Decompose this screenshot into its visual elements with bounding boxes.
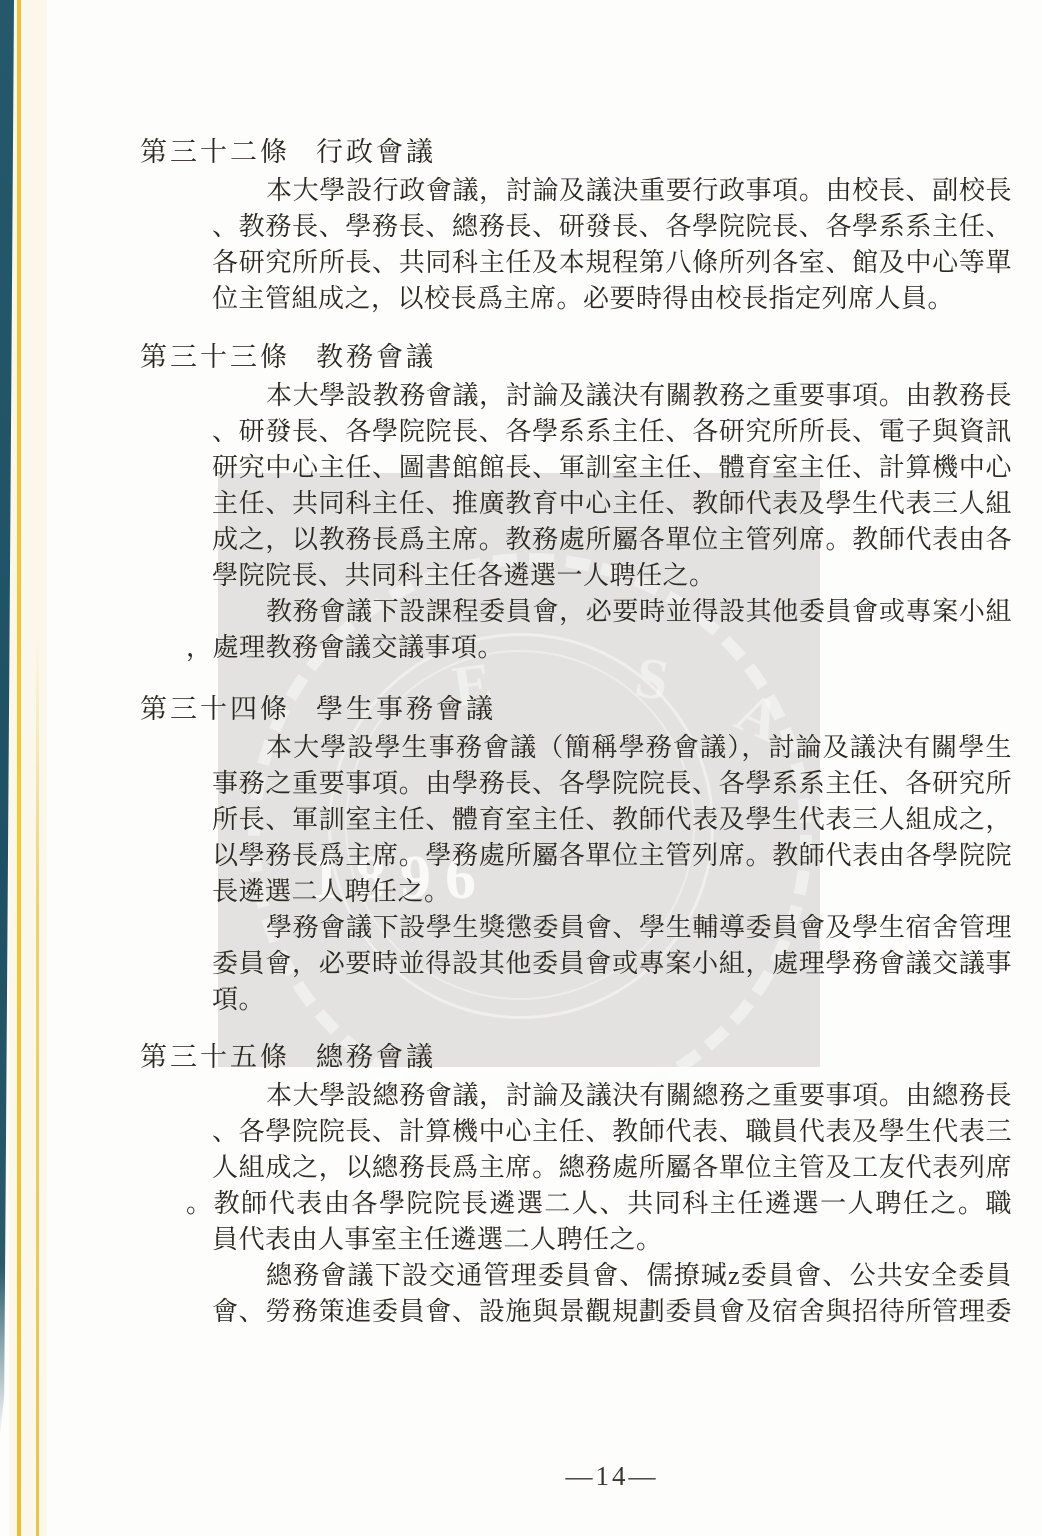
body-line: 教務會議下設課程委員會，必要時並得設其他委員會或專案小組: [212, 594, 1012, 630]
article-title: 總務會議: [316, 1042, 436, 1072]
page-edge-strip: [9, 0, 47, 1536]
body-line: 本大學設行政會議，討論及議決重要行政事項。由校長、副校長: [212, 173, 1012, 209]
article-title: 學生事務會議: [316, 694, 496, 724]
article-number: 第三十二條: [140, 137, 290, 167]
article-number: 第三十五條: [140, 1042, 290, 1072]
page-number: —14—: [212, 1458, 1012, 1494]
article-number: 第三十四條: [140, 694, 290, 724]
body-line: 長遴選二人聘任之。: [212, 874, 1012, 910]
body-line: 本大學設教務會議，討論及議決有關教務之重要事項。由教務長: [212, 378, 1012, 414]
body-line: 以學務長爲主席。學務處所屬各單位主管列席。教師代表由各學院院: [212, 838, 1012, 874]
body-line: 位主管組成之，以校長爲主席。必要時得由校長指定列席人員。: [212, 281, 1012, 317]
body-line: 人組成之，以總務長爲主席。總務處所屬各單位主管及工友代表列席: [212, 1150, 1012, 1186]
page-edge-line: [17, 0, 21, 1536]
body-line: 。教師代表由各學院院長遴選二人、共同科主任遴選一人聘任之。職: [186, 1186, 1012, 1222]
body-line: 所長、軍訓室主任、體育室主任、教師代表及學生代表三人組成之，: [212, 802, 1012, 838]
body-line: 、各學院院長、計算機中心主任、教師代表、職員代表及學生代表三: [212, 1114, 1012, 1150]
body-line: 本大學設總務會議，討論及議決有關總務之重要事項。由總務長: [212, 1078, 1012, 1114]
body-line: 、研發長、各學院院長、各學系系主任、各研究所所長、電子與資訊: [212, 414, 1012, 450]
body-line: 會、勞務策進委員會、設施與景觀規劃委員會及宿舍與招待所管理委: [212, 1294, 1012, 1330]
body-line: 總務會議下設交通管理委員會、儒撩瑊z委員會、公共安全委員: [212, 1258, 1012, 1294]
article-heading: 第三十五條總務會議: [140, 1036, 1012, 1078]
body-line: 研究中心主任、圖書館館長、軍訓室主任、體育室主任、計算機中心: [212, 450, 1012, 486]
body-line: 主任、共同科主任、推廣教育中心主任、教師代表及學生代表三人組: [212, 486, 1012, 522]
body-line: 各研究所所長、共同科主任及本規程第八條所列各室、館及中心等單: [212, 245, 1012, 281]
article: 第三十五條總務會議 本大學設總務會議，討論及議決有關總務之重要事項。由總務長、各…: [140, 1036, 1012, 1330]
body-line: 事務之重要事項。由學務長、各學院院長、各學系系主任、各研究所: [212, 766, 1012, 802]
article: 第三十三條教務會議 本大學設教務會議，討論及議決有關教務之重要事項。由教務長、研…: [140, 336, 1012, 666]
body-line: 、教務長、學務長、總務長、研發長、各學院院長、各學系系主任、: [212, 209, 1012, 245]
scanned-document-page: E S A 1896 第三十二條行政會議 本大學設行政會議，討論及議決重要行政事…: [0, 0, 1042, 1536]
article: 第三十二條行政會議 本大學設行政會議，討論及議決重要行政事項。由校長、副校長、教…: [140, 131, 1012, 317]
body-line: 員代表由人事室主任遴選二人聘任之。: [212, 1222, 1012, 1258]
page-edge-line: [36, 640, 39, 1536]
article-number: 第三十三條: [140, 342, 290, 372]
article-title: 教務會議: [316, 342, 436, 372]
body-line: 委員會，必要時並得設其他委員會或專案小組，處理學務會議交議事: [212, 946, 1012, 982]
article-heading: 第三十二條行政會議: [140, 131, 1012, 173]
body-line: 學務會議下設學生獎懲委員會、學生輔導委員會及學生宿舍管理: [212, 910, 1012, 946]
body-line: 成之，以教務長爲主席。教務處所屬各單位主管列席。教師代表由各: [212, 522, 1012, 558]
body-line: 學院院長、共同科主任各遴選一人聘任之。: [212, 558, 1012, 594]
body-line: 項。: [212, 982, 1012, 1018]
article: 第三十四條學生事務會議 本大學設學生事務會議（簡稱學務會議），討論及議決有關學生…: [140, 688, 1012, 1018]
article-heading: 第三十四條學生事務會議: [140, 688, 1012, 730]
article-title: 行政會議: [316, 137, 436, 167]
body-line: ，處理教務會議交議事項。: [186, 630, 1012, 666]
article-heading: 第三十三條教務會議: [140, 336, 1012, 378]
body-line: 本大學設學生事務會議（簡稱學務會議），討論及議決有關學生: [212, 730, 1012, 766]
